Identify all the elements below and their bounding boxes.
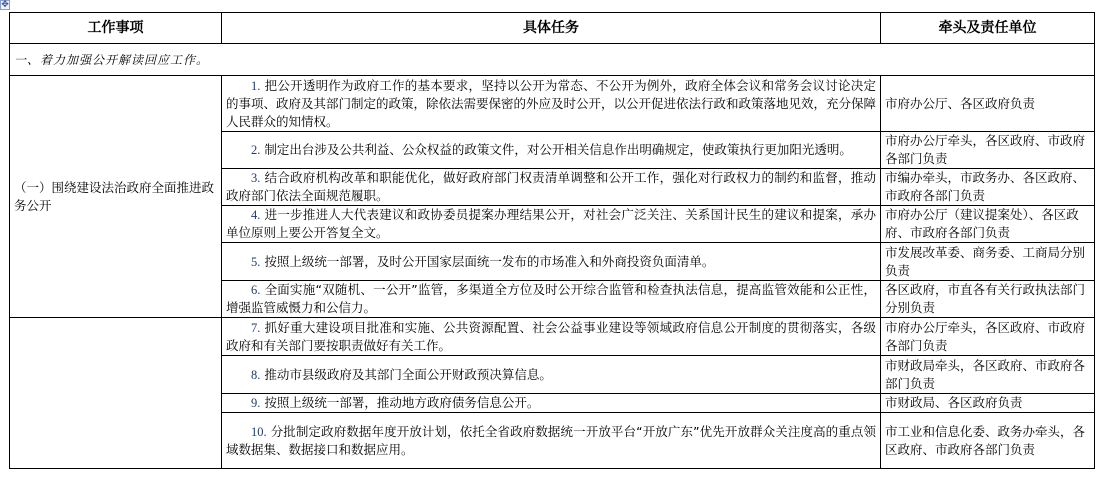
task-number: 8. <box>251 368 260 382</box>
unit-cell: 市工业和信息化委、政务办牵头，各区政府、市政府各部门负责 <box>881 413 1095 469</box>
task-number: 1. <box>251 79 260 93</box>
task-text: 按照上级统一部署，推动地方政府债务信息公开。 <box>264 395 539 410</box>
header-specific-task: 具体任务 <box>222 13 881 44</box>
task-text: 结合政府机构改革和职能优化，做好政府部门权责清单调整和公开工作，强化对行政权力的… <box>226 170 876 203</box>
task-cell: 10. 分批制定政府数据年度开放计划，依托全省政府数据统一开放平台“开放广东”优… <box>222 413 881 469</box>
task-cell: 4. 进一步推进人大代表建议和政协委员提案办理结果公开，对社会广泛关注、关系国计… <box>222 206 881 243</box>
task-number: 10. <box>251 425 267 439</box>
table-header-row: 工作事项 具体任务 牵头及责任单位 <box>10 13 1095 44</box>
task-number: 7. <box>251 321 260 335</box>
task-text: 按照上级统一部署，及时公开国家层面统一发布的市场准入和外商投资负面清单。 <box>264 254 714 269</box>
task-cell: 5. 按照上级统一部署，及时公开国家层面统一发布的市场准入和外商投资负面清单。 <box>222 243 881 281</box>
task-cell: 8. 推动市县级政府及其部门全面公开财政预决算信息。 <box>222 356 881 394</box>
unit-cell: 市府办公厅（建议提案处）、各区政府、市政府各部门负责 <box>881 206 1095 243</box>
task-number: 3. <box>251 171 260 185</box>
task-text: 把公开透明作为政府工作的基本要求，坚持以公开为常态、不公开为例外，政府全体会议和… <box>226 78 876 129</box>
task-cell: 6. 全面实施“双随机、一公开”监管，多渠道全方位及时公开综合监管和检查执法信息… <box>222 281 881 318</box>
task-text: 推动市县级政府及其部门全面公开财政预决算信息。 <box>264 367 552 382</box>
unit-cell: 市府办公厅牵头，各区政府、市政府各部门负责 <box>881 318 1095 356</box>
task-number: 5. <box>251 255 260 269</box>
task-cell: 9. 按照上级统一部署，推动地方政府债务信息公开。 <box>222 394 881 413</box>
task-text: 全面实施“双随机、一公开”监管，多渠道全方位及时公开综合监管和检查执法信息，提高… <box>226 282 876 315</box>
header-work-item: 工作事项 <box>10 13 222 44</box>
task-cell: 1. 把公开透明作为政府工作的基本要求，坚持以公开为常态、不公开为例外，政府全体… <box>222 76 881 132</box>
task-text: 进一步推进人大代表建议和政协委员提案办理结果公开，对社会广泛关注、关系国计民生的… <box>226 207 876 240</box>
task-text: 分批制定政府数据年度开放计划，依托全省政府数据统一开放平台“开放广东”优先开放群… <box>226 424 876 457</box>
table-row: 7. 抓好重大建设项目批准和实施、公共资源配置、社会公益事业建设等领域政府信息公… <box>10 318 1095 356</box>
unit-cell: 市府办公厅、各区政府负责 <box>881 76 1095 132</box>
task-cell: 7. 抓好重大建设项目批准和实施、公共资源配置、社会公益事业建设等领域政府信息公… <box>222 318 881 356</box>
unit-cell: 市财政局、各区政府负责 <box>881 394 1095 413</box>
unit-cell: 市发展改革委、商务委、工商局分别负责 <box>881 243 1095 281</box>
section-row: 一、着力加强公开解读回应工作。 <box>10 44 1095 76</box>
table-move-handle-icon[interactable]: ✥ <box>0 0 10 10</box>
section-title: 一、着力加强公开解读回应工作。 <box>10 44 1095 76</box>
task-cell: 3. 结合政府机构改革和职能优化，做好政府部门权责清单调整和公开工作，强化对行政… <box>222 169 881 206</box>
task-text: 抓好重大建设项目批准和实施、公共资源配置、社会公益事业建设等领域政府信息公开制度… <box>226 320 876 353</box>
header-responsible-unit: 牵头及责任单位 <box>881 13 1095 44</box>
unit-cell: 市编办牵头，市政务办、各区政府、市政府各部门负责 <box>881 169 1095 206</box>
task-number: 6. <box>251 283 260 297</box>
task-number: 9. <box>251 396 260 410</box>
unit-cell: 市府办公厅牵头，各区政府、市政府各部门负责 <box>881 132 1095 169</box>
task-number: 2. <box>251 143 260 157</box>
unit-cell: 各区政府，市直各有关行政执法部门分别负责 <box>881 281 1095 318</box>
task-cell: 2. 制定出台涉及公共利益、公众权益的政策文件，对公开相关信息作出明确规定，使政… <box>222 132 881 169</box>
table-row: （一）围绕建设法治政府全面推进政务公开 1. 把公开透明作为政府工作的基本要求，… <box>10 76 1095 132</box>
work-plan-table: 工作事项 具体任务 牵头及责任单位 一、着力加强公开解读回应工作。 （一）围绕建… <box>9 12 1095 469</box>
task-number: 4. <box>251 208 260 222</box>
group-label: （一）围绕建设法治政府全面推进政务公开 <box>10 76 222 318</box>
group-label <box>10 318 222 469</box>
unit-cell: 市财政局牵头，各区政府、市政府各部门负责 <box>881 356 1095 394</box>
task-text: 制定出台涉及公共利益、公众权益的政策文件，对公开相关信息作出明确规定，使政策执行… <box>264 142 852 157</box>
